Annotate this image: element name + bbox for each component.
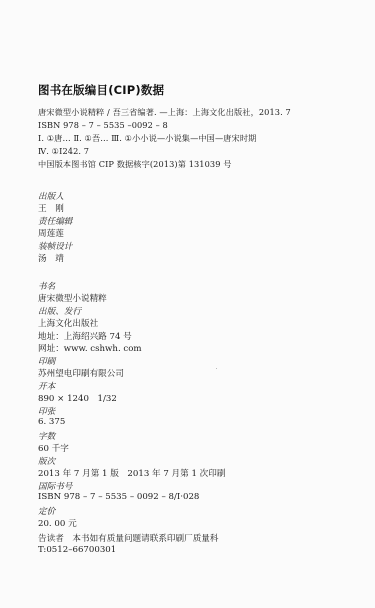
- designer-label: 装帧设计: [38, 240, 72, 252]
- cip-title: 图书在版编目(CIP)数据: [38, 82, 164, 98]
- book-title-value: 唐宋微型小说精粹: [38, 292, 107, 304]
- cip-line-bibliographic: 唐宋微型小说精粹 / 吾三省编著. —上海：上海文化出版社，2013. 7: [38, 107, 291, 118]
- publisher-person-value: 王 刚: [38, 202, 64, 214]
- cip-line-isbn: ISBN 978 – 7 – 5535 –0092 – 8: [38, 120, 168, 130]
- publisher-label: 出版、发行: [38, 305, 81, 317]
- reader-notice: 告读者 本书如有质量问题请联系印刷厂质量科: [38, 532, 218, 544]
- price-label: 定价: [38, 505, 55, 517]
- editor-label: 责任编辑: [38, 215, 72, 227]
- publisher-person-label: 出版人: [38, 190, 64, 202]
- designer-value: 汤 靖: [38, 252, 64, 264]
- cip-line-classification: Ⅳ. ①I242. 7: [38, 146, 89, 156]
- editor-value: 周莲莲: [38, 227, 64, 239]
- publisher-website: 网址：www. cshwh. com: [38, 342, 142, 354]
- printer-value: 苏州望电印刷有限公司: [38, 367, 124, 379]
- cip-line-record-number: 中国版本图书馆 CIP 数据核字(2013)第 131039 号: [38, 159, 232, 170]
- format-label: 开本: [38, 380, 55, 392]
- word-count-value: 60 千字: [38, 442, 69, 454]
- edition-value: 2013 年 7 月第 1 版 2013 年 7 月第 1 次印刷: [38, 467, 225, 479]
- publisher-address: 地址：上海绍兴路 74 号: [38, 330, 132, 342]
- publisher-value: 上海文化出版社: [38, 317, 98, 329]
- sheets-value: 6. 375: [38, 417, 65, 427]
- isbn-label: 国际书号: [38, 480, 72, 492]
- cip-line-subjects: Ⅰ. ①唐… Ⅱ. ①吾… Ⅲ. ①小小说—小说集—中国—唐宋时期: [38, 133, 256, 144]
- edition-label: 版次: [38, 455, 55, 467]
- isbn-value: ISBN 978 – 7 – 5535 – 0092 – 8/I·028: [38, 492, 199, 502]
- price-value: 20. 00 元: [38, 517, 77, 529]
- sheets-label: 印张: [38, 405, 55, 417]
- quality-phone: T:0512–66700301: [38, 545, 116, 555]
- word-count-label: 字数: [38, 430, 55, 442]
- printer-label: 印刷: [38, 355, 55, 367]
- book-title-label: 书名: [38, 280, 55, 292]
- scan-speck: [216, 368, 217, 369]
- format-value: 890 × 1240 1/32: [38, 392, 117, 404]
